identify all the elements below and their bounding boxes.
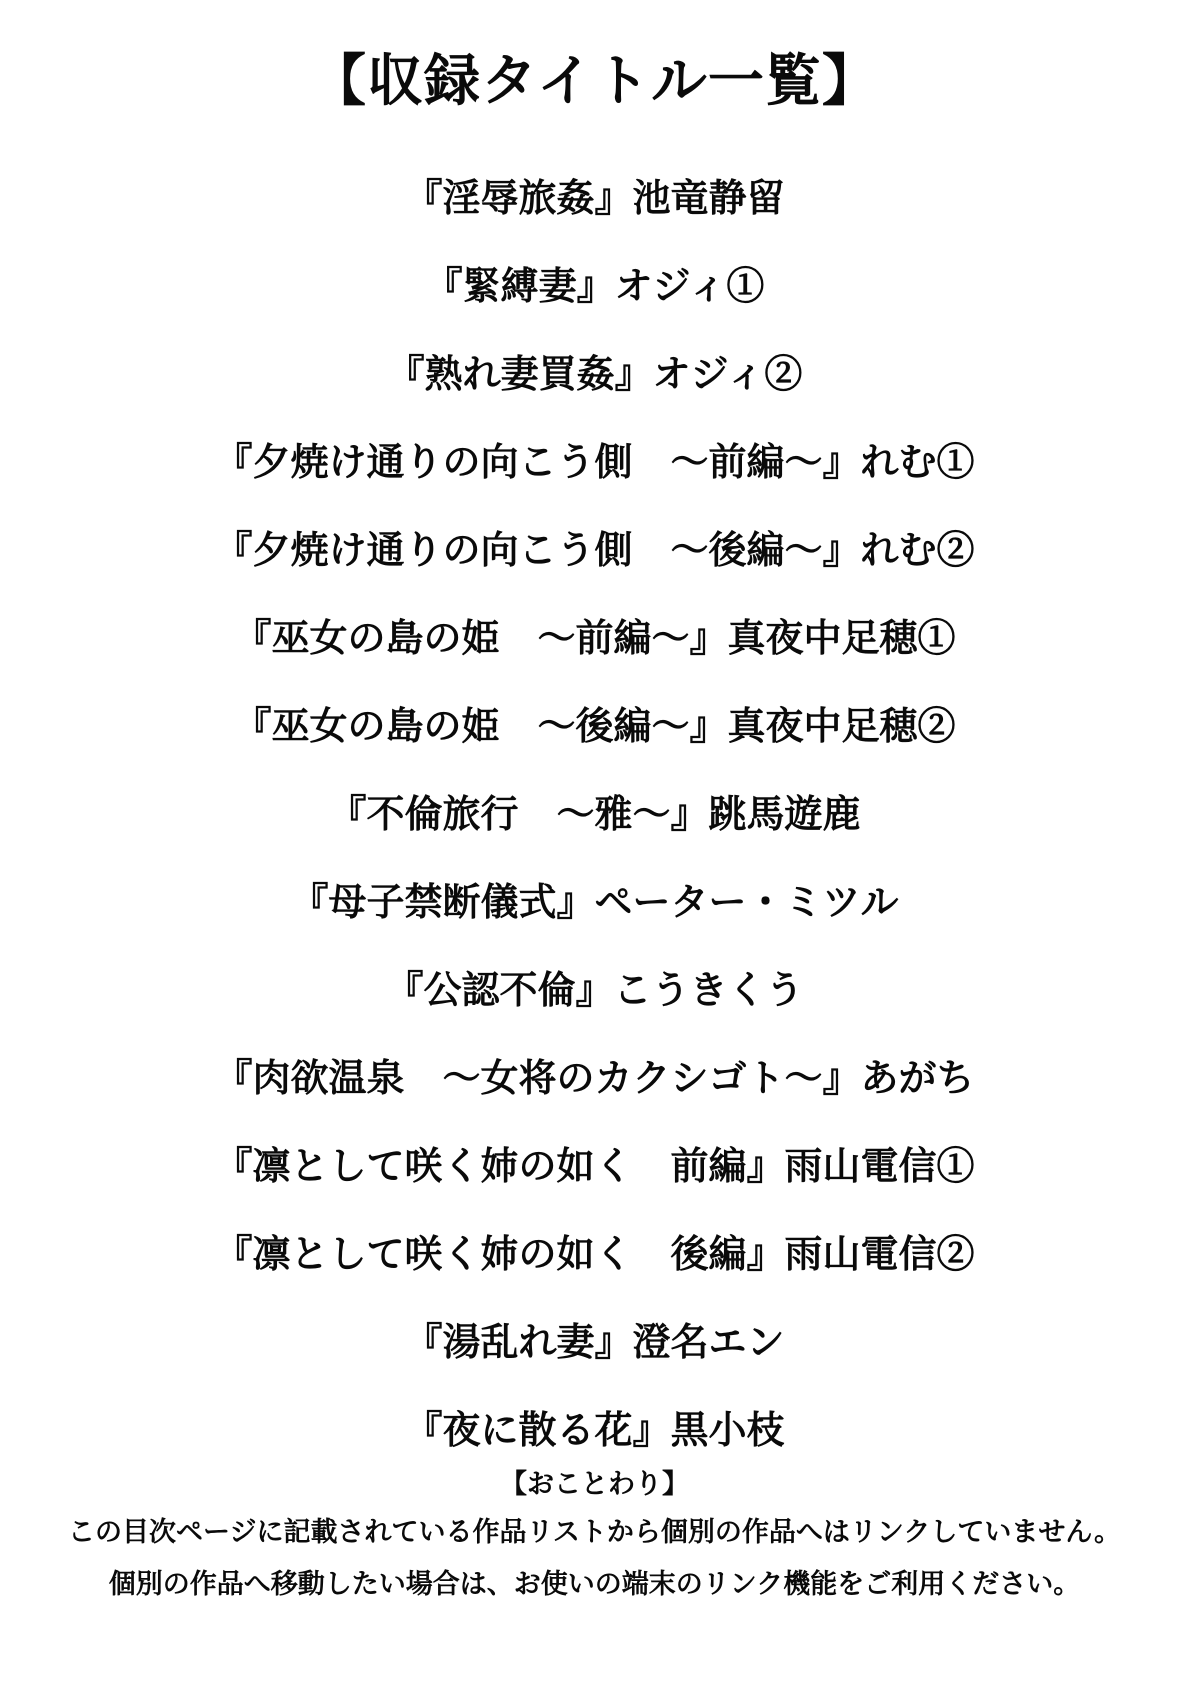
toc-list: 『淫辱旅姦』池竜静留 『緊縛妻』オジィ① 『熟れ妻買姦』オジィ② 『夕焼け通りの… bbox=[0, 180, 1189, 1450]
toc-item: 『母子禁断儀式』ペーター・ミツル bbox=[0, 884, 1189, 922]
toc-item: 『凛として咲く姉の如く 前編』雨山電信① bbox=[0, 1148, 1189, 1186]
toc-item: 『淫辱旅姦』池竜静留 bbox=[0, 180, 1189, 218]
toc-item: 『夜に散る花』黒小枝 bbox=[0, 1412, 1189, 1450]
notice-line: この目次ページに記載されている作品リストから個別の作品へはリンクしていません。 bbox=[0, 1514, 1189, 1550]
toc-item: 『熟れ妻買姦』オジィ② bbox=[0, 356, 1189, 394]
toc-page: 【収録タイトル一覧】 『淫辱旅姦』池竜静留 『緊縛妻』オジィ① 『熟れ妻買姦』オ… bbox=[0, 0, 1189, 1687]
notice-heading: 【おことわり】 bbox=[0, 1468, 1189, 1500]
toc-item: 『不倫旅行 ～雅～』跳馬遊鹿 bbox=[0, 796, 1189, 834]
notice-line: 個別の作品へ移動したい場合は、お使いの端末のリンク機能をご利用ください。 bbox=[0, 1566, 1189, 1602]
toc-item: 『湯乱れ妻』澄名エン bbox=[0, 1324, 1189, 1362]
notice-block: 【おことわり】 この目次ページに記載されている作品リストから個別の作品へはリンク… bbox=[0, 1468, 1189, 1603]
toc-item: 『肉欲温泉 ～女将のカクシゴト～』あがち bbox=[0, 1060, 1189, 1098]
toc-item: 『凛として咲く姉の如く 後編』雨山電信② bbox=[0, 1236, 1189, 1274]
toc-item: 『巫女の島の姫 ～前編～』真夜中足穂① bbox=[0, 620, 1189, 658]
toc-item: 『夕焼け通りの向こう側 ～前編～』れむ① bbox=[0, 444, 1189, 482]
toc-item: 『公認不倫』こうきくう bbox=[0, 972, 1189, 1010]
toc-item: 『巫女の島の姫 ～後編～』真夜中足穂② bbox=[0, 708, 1189, 746]
toc-item: 『緊縛妻』オジィ① bbox=[0, 268, 1189, 306]
toc-item: 『夕焼け通りの向こう側 ～後編～』れむ② bbox=[0, 532, 1189, 570]
page-title: 【収録タイトル一覧】 bbox=[0, 0, 1189, 114]
